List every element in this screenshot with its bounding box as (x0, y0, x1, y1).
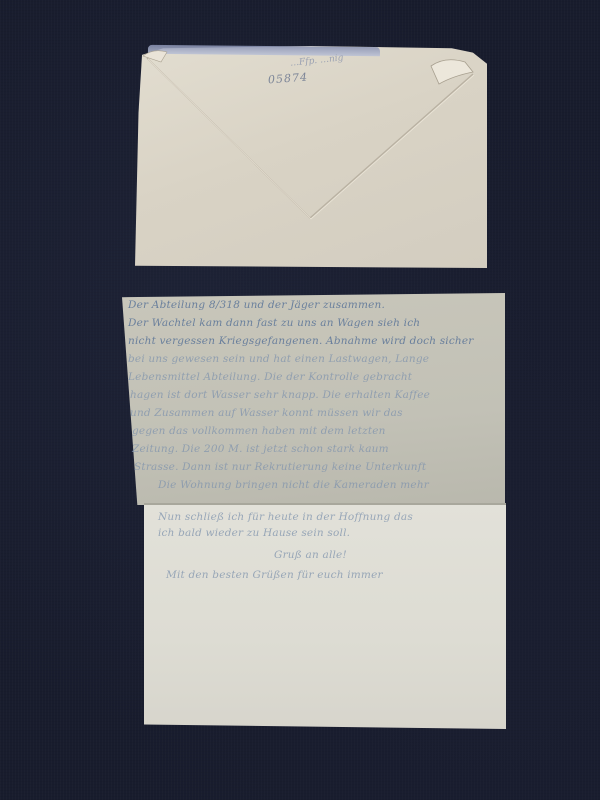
envelope-flap-fold (135, 46, 487, 268)
letter-line: und Zusammen auf Wasser konnt müssen wir… (130, 407, 403, 419)
letter-line: hagen ist dort Wasser sehr knapp. Die er… (130, 389, 430, 401)
letter-line: Nun schließ ich für heute in der Hoffnun… (158, 511, 413, 523)
handwritten-letter: Der Abteilung 8/318 und der Jäger zusamm… (122, 293, 505, 729)
letter-fold-line (144, 503, 506, 505)
letter-line: Die Wohnung bringen nicht die Kameraden … (158, 479, 429, 491)
envelope-handwritten-number: 05874 (268, 71, 309, 87)
letter-line: Der Abteilung 8/318 und der Jäger zusamm… (128, 299, 385, 311)
letter-signoff: Mit den besten Grüßen für euch immer (166, 569, 383, 581)
letter-line: Der Wachtel kam dann fast zu uns an Wage… (128, 317, 420, 329)
letter-line: nicht vergessen Kriegsgefangenen. Abnahm… (128, 335, 474, 347)
letter-line: ich bald wieder zu Hause sein soll. (158, 527, 350, 539)
letter-closing: Gruß an alle! (274, 549, 347, 561)
letter-line: Lebensmittel Abteilung. Die der Kontroll… (128, 371, 412, 383)
letter-line: Strasse. Dann ist nur Rekrutierung keine… (134, 461, 426, 473)
letter-line: gegen das vollkommen haben mit dem letzt… (132, 425, 386, 437)
letter-line: bei uns gewesen sein und hat einen Lastw… (128, 353, 429, 365)
letter-line: Zeitung. Die 200 M. ist jetzt schon star… (132, 443, 389, 455)
